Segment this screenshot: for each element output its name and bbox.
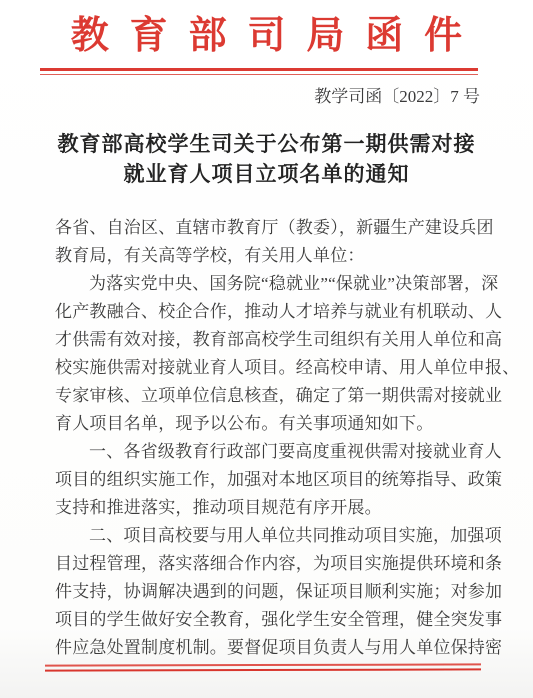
- body-line: 育人项目名单，现予以公布。有关事项通知如下。: [55, 410, 485, 438]
- body-line: 件支持，协调解决遇到的问题，保证项目顺利实施；对参加: [55, 578, 485, 606]
- body-line: 支持和推进落实，推动项目规范有序开展。: [55, 494, 485, 522]
- doc-number: 教学司函〔2022〕7 号: [0, 86, 480, 108]
- body-line: 各省、自治区、直辖市教育厅（教委），新疆生产建设兵团: [55, 214, 485, 242]
- notice-title: 教育部高校学生司关于公布第一期供需对接 就业育人项目立项名单的通知: [30, 129, 503, 189]
- document-page: 教育部司局函件 教学司函〔2022〕7 号 教育部高校学生司关于公布第一期供需对…: [0, 0, 533, 698]
- body-line: 项目的学生做好安全教育，强化学生安全管理，健全突发事: [55, 606, 485, 634]
- body-line: 二、项目高校要与用人单位共同推动项目实施，加强项: [55, 522, 485, 550]
- body-line: 教育局，有关高等学校，有关用人单位：: [55, 242, 485, 270]
- body-line: 为落实党中央、国务院“稳就业”“保就业”决策部署，深: [55, 270, 485, 298]
- footer-divider: [45, 663, 481, 671]
- document-body: 各省、自治区、直辖市教育厅（教委），新疆生产建设兵团 教育局，有关高等学校，有关…: [55, 214, 485, 662]
- notice-title-line1: 教育部高校学生司关于公布第一期供需对接: [30, 129, 503, 159]
- notice-title-line2: 就业育人项目立项名单的通知: [30, 159, 503, 189]
- letterhead-title: 教育部司局函件: [0, 0, 533, 59]
- body-line: 校实施供需对接就业育人项目。经高校申请、用人单位申报、: [55, 354, 485, 382]
- body-line: 一、各省级教育行政部门要高度重视供需对接就业育人: [55, 438, 485, 466]
- body-line: 项目的组织实施工作，加强对本地区项目的统筹指导、政策: [55, 466, 485, 494]
- body-line: 化产教融合、校企合作，推动人才培养与就业有机联动、人: [55, 298, 485, 326]
- letterhead-divider: [40, 68, 478, 75]
- body-line: 才供需有效对接，教育部高校学生司组织有关用人单位和高: [55, 326, 485, 354]
- body-line: 专家审核、立项单位信息核查，确定了第一期供需对接就业: [55, 382, 485, 410]
- body-line: 目过程管理，落实落细合作内容，为项目实施提供环境和条: [55, 550, 485, 578]
- body-line: 件应急处置制度机制。要督促项目负责人与用人单位保持密: [55, 634, 485, 662]
